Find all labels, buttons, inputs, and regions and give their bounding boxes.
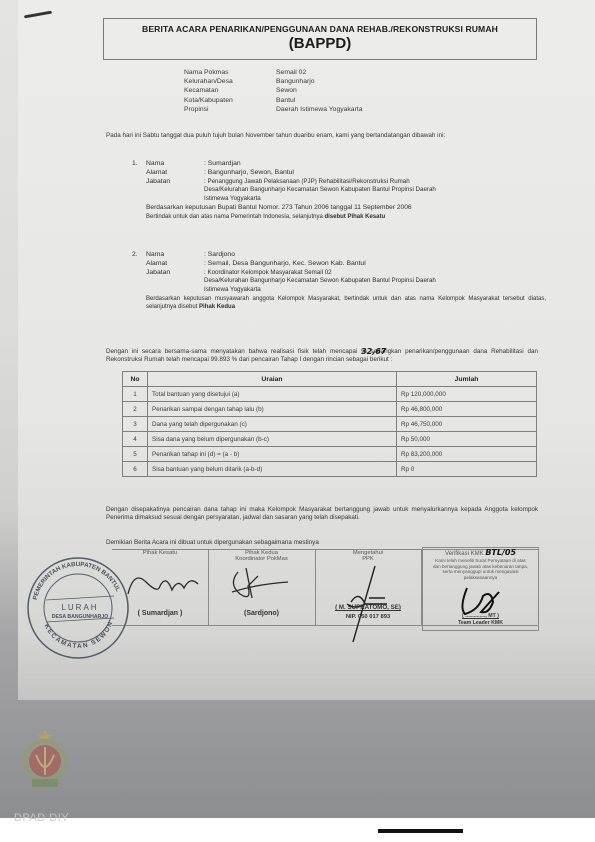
party-label: Nama bbox=[146, 160, 204, 169]
table-row: 3Dana yang telah dipergunakan (c)Rp 46,7… bbox=[123, 417, 537, 432]
party-number: 1. bbox=[132, 160, 146, 169]
info-label: Kecamatan bbox=[184, 86, 276, 95]
party-address: : Semail, Desa Bangunharjo, Kec. Sewon K… bbox=[204, 260, 534, 269]
info-value: Bangunharjo bbox=[276, 77, 315, 86]
party-label: Alamat bbox=[146, 260, 204, 269]
pokmas-info: Nama PokmasSemail 02 Kelurahan/DesaBangu… bbox=[184, 68, 363, 114]
closing-paragraph: Dengan disepakatinya pencairan dana taha… bbox=[106, 506, 538, 523]
official-stamp: PEMERINTAH KABUPATEN BANTUL KECAMATAN SE… bbox=[22, 552, 134, 664]
handwritten-code: BTL/05 bbox=[485, 548, 516, 557]
table-row: 6Sisa bantuan yang belum ditarik (a-b-d)… bbox=[123, 462, 537, 477]
info-value: Semail 02 bbox=[276, 68, 306, 77]
party-label: Alamat bbox=[146, 169, 204, 178]
info-value: Daerah Istimewa Yogyakarta bbox=[276, 105, 363, 114]
table-row: 1Total bantuan yang disetujui (a)Rp 120,… bbox=[123, 387, 537, 402]
party-one: 1.Nama: Sumardjan Alamat: Bangunharjo, S… bbox=[132, 160, 534, 222]
table-row: 2Penarikan sampai dengan tahap lalu (b)R… bbox=[123, 402, 537, 417]
verification-box: Verifikasi KMK BTL/05 Kami telah menelit… bbox=[422, 547, 539, 631]
svg-text:DESA BANGUNHARJO: DESA BANGUNHARJO bbox=[52, 614, 109, 620]
info-value: Sewon bbox=[276, 86, 297, 95]
party-label: Nama bbox=[146, 251, 204, 260]
col-header-no: No bbox=[123, 372, 148, 387]
document-title: BERITA ACARA PENARIKAN/PENGGUNAAN DANA R… bbox=[104, 24, 536, 34]
table-row: 4Sisa dana yang belum dipergunakan (b-c)… bbox=[123, 432, 537, 447]
party-position-cont: Istimewa Yogyakarta bbox=[204, 286, 534, 295]
svg-text:LURAH: LURAH bbox=[61, 603, 98, 612]
signature-mengetahui: Mengetahui PPK ( M. SUPRATOMO, SE) NIP. … bbox=[315, 550, 421, 625]
document-acronym: (BAPPD) bbox=[104, 35, 536, 52]
svg-text:KECAMATAN SEWON: KECAMATAN SEWON bbox=[43, 620, 115, 650]
party-number: 2. bbox=[132, 251, 146, 260]
party-two: 2.Nama: Sardjono Alamat: Semail, Desa Ba… bbox=[132, 251, 546, 311]
party-label: Jabatan bbox=[146, 178, 204, 187]
party-acting: Bertindak untuk dan atas nama Pemerintah… bbox=[146, 213, 534, 222]
info-value: Bantul bbox=[276, 96, 295, 105]
info-label: Propinsi bbox=[184, 105, 276, 114]
party-position-cont: Desa/Kelurahan Bangunharjo Kecamatan Sew… bbox=[204, 277, 534, 286]
info-label: Kota/Kabupaten bbox=[184, 96, 276, 105]
statement-paragraph: Dengan ini secara bersama-sama menyataka… bbox=[106, 348, 538, 365]
party-position-cont: Desa/Kelurahan Bangunharjo Kecamatan Sew… bbox=[204, 186, 534, 195]
col-header-jumlah: Jumlah bbox=[397, 372, 537, 387]
col-header-uraian: Uraian bbox=[148, 372, 397, 387]
opening-paragraph: Pada hari ini Sabtu tanggal dua puluh tu… bbox=[106, 132, 546, 140]
watermark: DPAD DIY bbox=[14, 812, 69, 824]
handwritten-percentage: 32,67 bbox=[361, 348, 386, 356]
info-label: Nama Pokmas bbox=[184, 68, 276, 77]
party-position-cont: Istimewa Yogyakarta bbox=[204, 195, 534, 204]
party-basis: Berdasarkan keputusan Bupati Bantul Nomo… bbox=[146, 204, 534, 213]
signature-scribble bbox=[218, 564, 308, 604]
rincian-table: No Uraian Jumlah 1Total bantuan yang dis… bbox=[122, 371, 537, 477]
page-indicator-bar bbox=[378, 829, 463, 833]
party-name: : Sumardjan bbox=[204, 160, 534, 169]
party-basis: Berdasarkan keputusan musyawarah anggota… bbox=[146, 295, 546, 311]
party-position: : Penanggung Jawab Pelaksanaan (PJP) Reh… bbox=[204, 178, 534, 187]
party-name: : Sardjono bbox=[204, 251, 534, 260]
table-row: 5Penarikan tahap ini (d) = (a - b)Rp 83,… bbox=[123, 447, 537, 462]
party-label: Jabatan bbox=[146, 269, 204, 278]
dpad-emblem-icon bbox=[14, 727, 76, 791]
info-label: Kelurahan/Desa bbox=[184, 77, 276, 86]
party-address: : Bangunharjo, Sewon, Bantul bbox=[204, 169, 534, 178]
signature-party-two: Pihak Kedua Koordinator PokMas (Sardjono… bbox=[208, 550, 315, 625]
document-title-box: BERITA ACARA PENARIKAN/PENGGUNAAN DANA R… bbox=[103, 18, 537, 60]
party-position: : Koordinator Kelompok Masyarakat Semail… bbox=[204, 269, 534, 278]
svg-text:PEMERINTAH KABUPATEN BANTUL: PEMERINTAH KABUPATEN BANTUL bbox=[32, 561, 122, 601]
